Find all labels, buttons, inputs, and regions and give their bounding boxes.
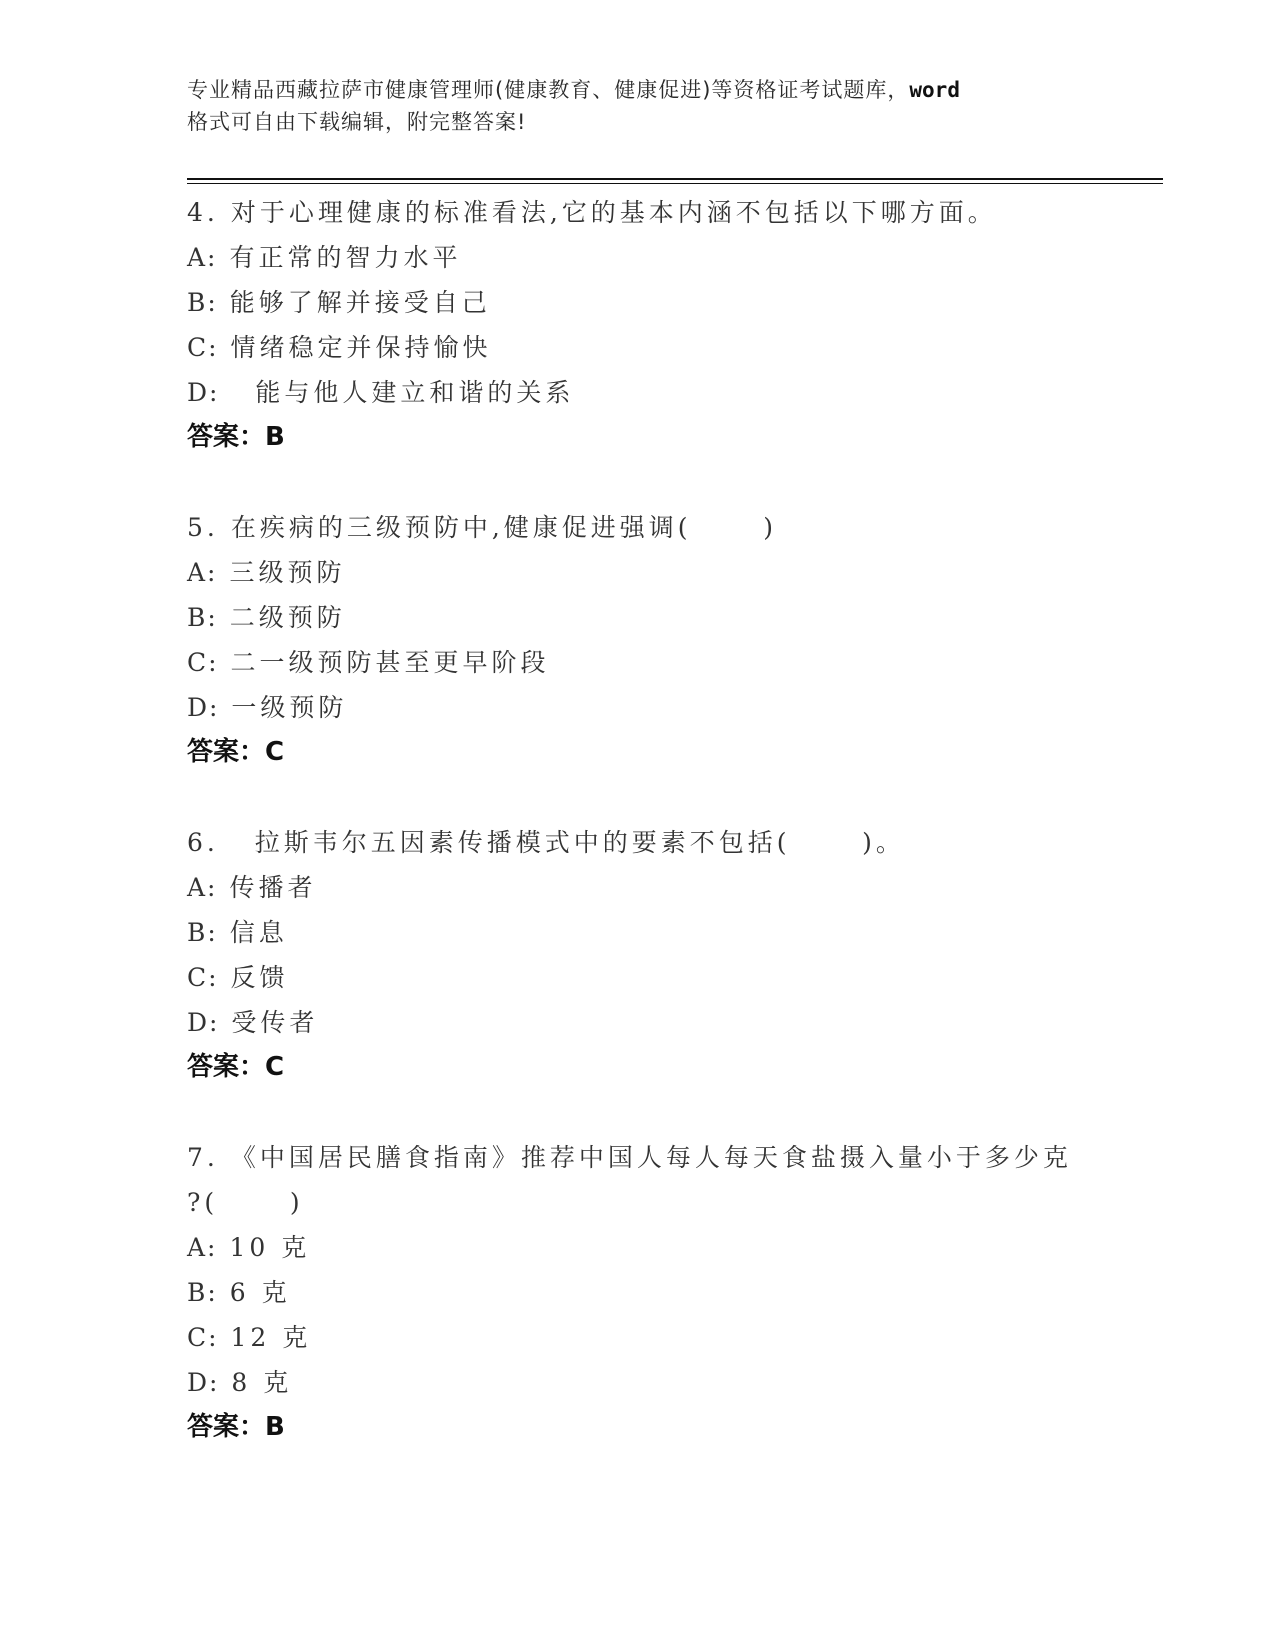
question-stem-continuation: ?( ) — [187, 1180, 1147, 1225]
option-text: 能够了解并接受自己 — [230, 288, 491, 317]
option-label: A: — [187, 873, 217, 902]
answer-label: 答案： — [187, 737, 265, 767]
option-a: A: 传播者 — [187, 865, 1147, 910]
option-label: A: — [187, 558, 217, 587]
answer-label: 答案： — [187, 422, 265, 452]
option-d: D: 能与他人建立和谐的关系 — [187, 370, 1147, 415]
header-double-rule — [187, 178, 1163, 184]
header-title-text: 专业精品西藏拉萨市健康管理师(健康教育、健康促进)等资格证考试题库， — [187, 78, 909, 102]
answer-label: 答案： — [187, 1412, 265, 1442]
answer-value: C — [265, 1052, 284, 1082]
header-line-1: 专业精品西藏拉萨市健康管理师(健康教育、健康促进)等资格证考试题库，word — [187, 74, 1067, 106]
option-text: 能与他人建立和谐的关系 — [231, 378, 574, 407]
option-text: 有正常的智力水平 — [229, 243, 461, 272]
option-b: B: 二级预防 — [187, 595, 1147, 640]
document-page: 专业精品西藏拉萨市健康管理师(健康教育、健康促进)等资格证考试题库，word 格… — [0, 0, 1275, 1650]
answer-line: 答案：B — [187, 415, 1147, 460]
option-text: 传播者 — [229, 873, 316, 902]
question-5: 5. 在疾病的三级预防中,健康促进强调( ) A: 三级预防 B: 二级预防 C… — [187, 505, 1147, 775]
answer-value: B — [265, 1412, 285, 1442]
option-text: 6 克 — [230, 1278, 291, 1307]
answer-value: B — [265, 422, 285, 452]
option-d: D: 一级预防 — [187, 685, 1147, 730]
option-label: D: — [187, 378, 219, 407]
answer-label: 答案： — [187, 1052, 265, 1082]
question-text: 《中国居民膳食指南》推荐中国人每人每天食盐摄入量小于多少克 — [231, 1143, 1072, 1172]
option-text: 受传者 — [231, 1008, 318, 1037]
question-4: 4. 对于心理健康的标准看法,它的基本内涵不包括以下哪方面。 A: 有正常的智力… — [187, 190, 1147, 460]
question-number: 7. — [187, 1143, 219, 1172]
question-text: 拉斯韦尔五因素传播模式中的要素不包括( )。 — [231, 828, 905, 857]
option-c: C: 12 克 — [187, 1315, 1147, 1360]
question-stem: 7. 《中国居民膳食指南》推荐中国人每人每天食盐摄入量小于多少克 — [187, 1135, 1147, 1180]
option-a: A: 三级预防 — [187, 550, 1147, 595]
option-text: 8 克 — [231, 1368, 292, 1397]
header-word-text: word — [909, 78, 960, 102]
option-label: B: — [187, 288, 218, 317]
option-label: B: — [187, 603, 218, 632]
option-c: C: 反馈 — [187, 955, 1147, 1000]
question-stem: 6. 拉斯韦尔五因素传播模式中的要素不包括( )。 — [187, 820, 1147, 865]
option-d: D: 受传者 — [187, 1000, 1147, 1045]
option-label: B: — [187, 918, 218, 947]
option-label: C: — [187, 963, 219, 992]
question-number: 6. — [187, 828, 219, 857]
question-stem: 4. 对于心理健康的标准看法,它的基本内涵不包括以下哪方面。 — [187, 190, 1147, 235]
option-d: D: 8 克 — [187, 1360, 1147, 1405]
option-label: D: — [187, 1368, 219, 1397]
question-number: 4. — [187, 198, 219, 227]
option-label: B: — [187, 1278, 218, 1307]
header-line-2: 格式可自由下载编辑，附完整答案! — [187, 106, 1067, 138]
document-header: 专业精品西藏拉萨市健康管理师(健康教育、健康促进)等资格证考试题库，word 格… — [187, 74, 1067, 138]
answer-line: 答案：C — [187, 1045, 1147, 1090]
question-text: 对于心理健康的标准看法,它的基本内涵不包括以下哪方面。 — [231, 198, 997, 227]
option-label: C: — [187, 1323, 219, 1352]
option-text: 情绪稳定并保持愉快 — [231, 333, 492, 362]
option-text: 三级预防 — [229, 558, 345, 587]
option-b: B: 6 克 — [187, 1270, 1147, 1315]
option-label: D: — [187, 1008, 219, 1037]
option-label: C: — [187, 648, 219, 677]
option-label: D: — [187, 693, 219, 722]
question-text: 在疾病的三级预防中,健康促进强调( ) — [231, 513, 777, 542]
option-label: C: — [187, 333, 219, 362]
option-b: B: 信息 — [187, 910, 1147, 955]
option-text: 反馈 — [231, 963, 289, 992]
answer-value: C — [265, 737, 284, 767]
option-text: 10 克 — [229, 1233, 310, 1262]
option-a: A: 10 克 — [187, 1225, 1147, 1270]
option-label: A: — [187, 1233, 217, 1262]
option-c: C: 二一级预防甚至更早阶段 — [187, 640, 1147, 685]
question-number: 5. — [187, 513, 219, 542]
option-text: 一级预防 — [231, 693, 347, 722]
question-stem: 5. 在疾病的三级预防中,健康促进强调( ) — [187, 505, 1147, 550]
option-label: A: — [187, 243, 217, 272]
question-7: 7. 《中国居民膳食指南》推荐中国人每人每天食盐摄入量小于多少克 ?( ) A:… — [187, 1135, 1147, 1450]
option-c: C: 情绪稳定并保持愉快 — [187, 325, 1147, 370]
question-6: 6. 拉斯韦尔五因素传播模式中的要素不包括( )。 A: 传播者 B: 信息 C… — [187, 820, 1147, 1090]
answer-line: 答案：B — [187, 1405, 1147, 1450]
option-a: A: 有正常的智力水平 — [187, 235, 1147, 280]
option-text: 二级预防 — [230, 603, 346, 632]
question-list: 4. 对于心理健康的标准看法,它的基本内涵不包括以下哪方面。 A: 有正常的智力… — [187, 190, 1147, 1495]
option-b: B: 能够了解并接受自己 — [187, 280, 1147, 325]
option-text: 12 克 — [231, 1323, 312, 1352]
answer-line: 答案：C — [187, 730, 1147, 775]
option-text: 信息 — [230, 918, 288, 947]
option-text: 二一级预防甚至更早阶段 — [231, 648, 550, 677]
